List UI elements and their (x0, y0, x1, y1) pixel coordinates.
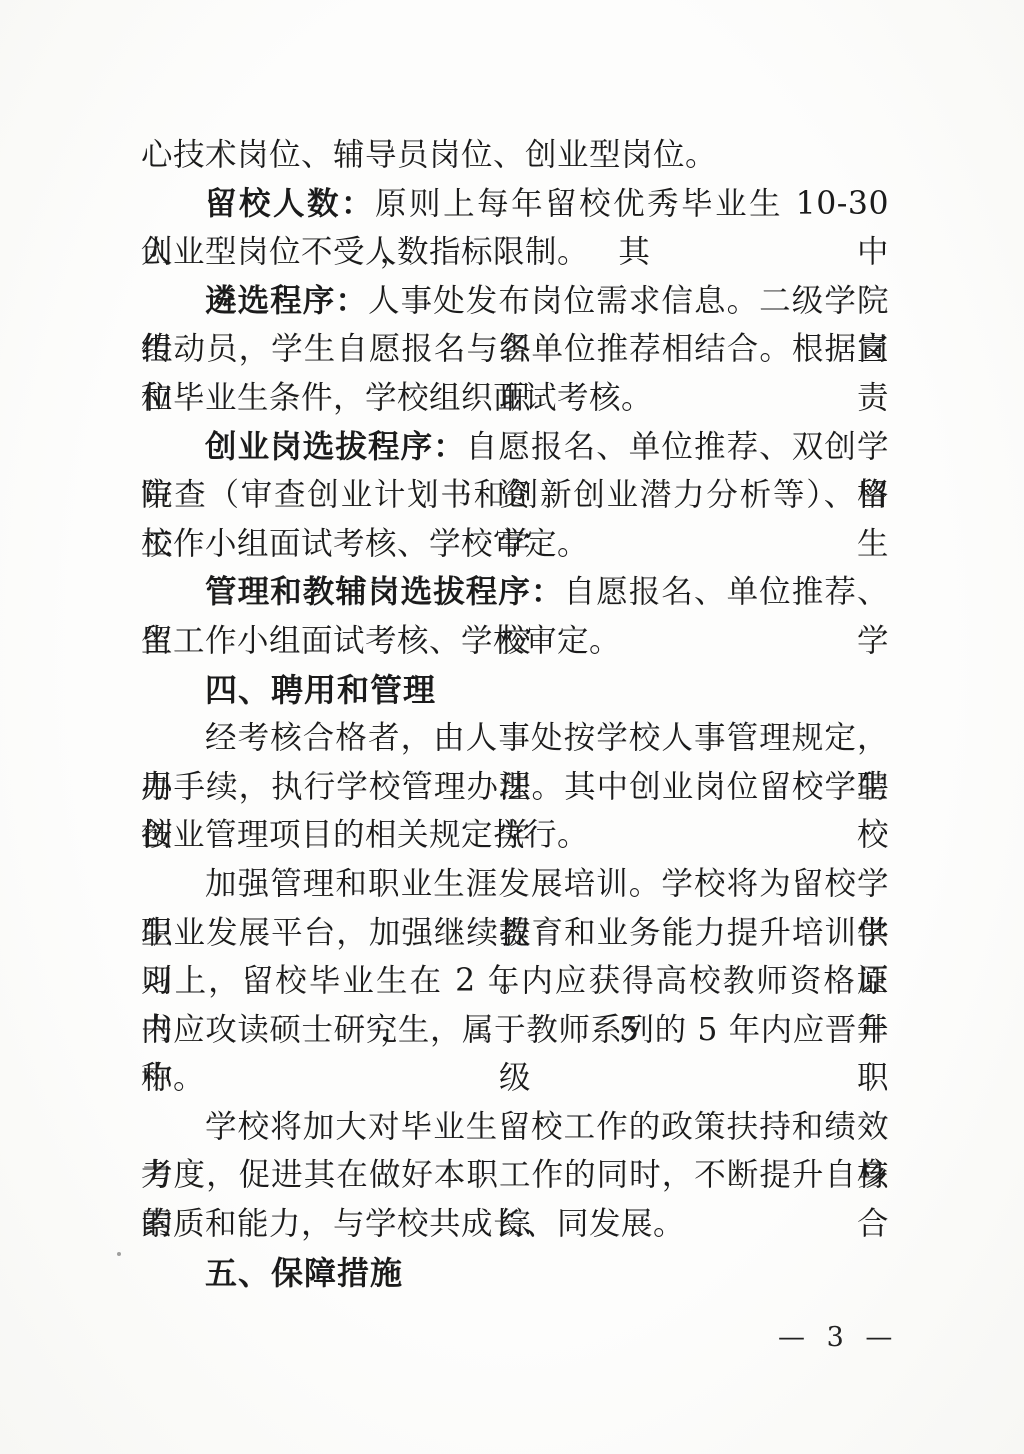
text-line: 审查（审查创业计划书和创新创业潜力分析等）、留校学生 (141, 471, 889, 520)
section-heading: 五、保障措施 (141, 1249, 889, 1298)
paragraph-lead-label: 遴选程序： (205, 282, 368, 319)
paragraph-lead-label: 创业岗选拔程序： (205, 428, 466, 465)
document-body: 心技术岗位、辅导员岗位、创业型岗位。留校人数：原则上每年留校优秀毕业生 10-3… (141, 131, 889, 1297)
text-line: 心技术岗位、辅导员岗位、创业型岗位。 (141, 131, 889, 180)
text-line: 传动员，学生自愿报名与各单位推荐相结合。根据岗位职责 (141, 325, 889, 374)
paragraph-lead-label: 管理和教辅岗选拔程序： (205, 573, 564, 610)
scan-artifact-dot (117, 1252, 121, 1256)
page-number: — 3 — (778, 1322, 894, 1353)
document-page: 心技术岗位、辅导员岗位、创业型岗位。留校人数：原则上每年留校优秀毕业生 10-3… (0, 0, 1024, 1454)
text-line: 经考核合格者，由人事处按学校人事管理规定，办理聘 (141, 714, 889, 763)
text-line: 留校人数：原则上每年留校优秀毕业生 10-30 人，其中 (141, 180, 889, 229)
text-line: 则上，留校毕业生在 2 年内应获得高校教师资格证书，5 年 (141, 957, 889, 1006)
text-line: 职业发展平台，加强继续教育和业务能力提升培训学习。原 (141, 909, 889, 958)
text-line: 管理和教辅岗选拔程序：自愿报名、单位推荐、留校学 (141, 568, 889, 617)
paragraph-lead-label: 留校人数： (205, 185, 375, 222)
text-line: 学校将加大对毕业生留校工作的政策扶持和绩效考核 (141, 1103, 889, 1152)
text-line: 遴选程序：人事处发布岗位需求信息。二级学院组织宣 (141, 277, 889, 326)
text-line: 创业岗选拔程序：自愿报名、单位推荐、双创学院资格 (141, 423, 889, 472)
text-line: 用手续，执行学校管理办法。其中创业岗位留校学生按学校 (141, 763, 889, 812)
section-heading: 四、聘用和管理 (141, 666, 889, 715)
text-line: 加强管理和职业生涯发展培训。学校将为留校学生提供 (141, 860, 889, 909)
text-line: 力度，促进其在做好本职工作的同时，不断提升自身的综合 (141, 1151, 889, 1200)
text-line: 内应攻读硕士研究生，属于教师系列的 5 年内应晋升中级职 (141, 1006, 889, 1055)
